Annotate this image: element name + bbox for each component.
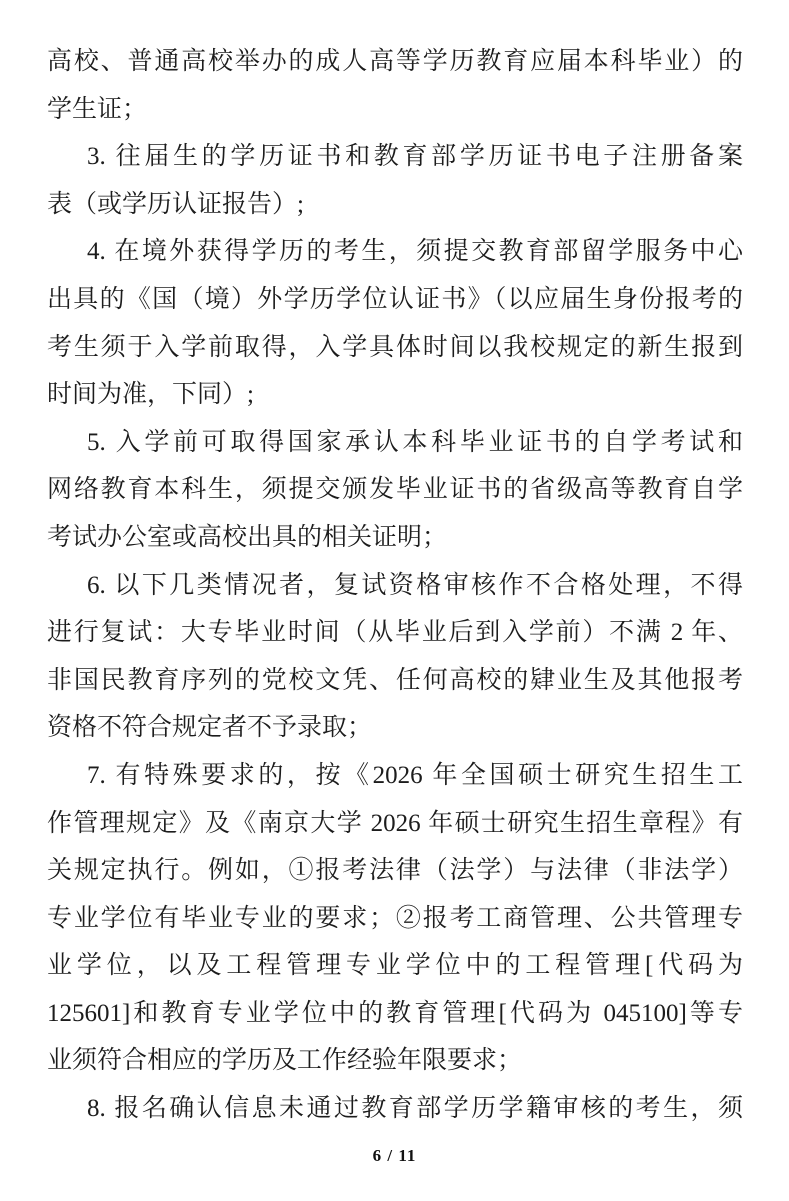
text-line: 6. 以下几类情况者，复试资格审核作不合格处理，不得 (47, 562, 743, 610)
paragraph: 高校、普通高校举办的成人高等学历教育应届本科毕业）的学生证； (47, 38, 743, 133)
text-line: 网络教育本科生，须提交颁发毕业证书的省级高等教育自学 (47, 466, 743, 514)
text-line: 高校、普通高校举办的成人高等学历教育应届本科毕业）的 (47, 38, 743, 86)
text-line: 业须符合相应的学历及工作经验年限要求； (47, 1037, 743, 1085)
paragraph: 7. 有特殊要求的，按《2026 年全国硕士研究生招生工作管理规定》及《南京大学… (47, 752, 743, 1085)
text-line: 4. 在境外获得学历的考生，须提交教育部留学服务中心 (47, 228, 743, 276)
text-line: 表（或学历认证报告）; (47, 181, 743, 229)
text-line: 5. 入学前可取得国家承认本科毕业证书的自学考试和 (47, 419, 743, 467)
text-line: 时间为准，下同）; (47, 371, 743, 419)
paragraph: 8. 报名确认信息未通过教育部学历学籍审核的考生，须 (47, 1085, 743, 1133)
text-line: 考试办公室或高校出具的相关证明； (47, 514, 743, 562)
paragraph: 4. 在境外获得学历的考生，须提交教育部留学服务中心出具的《国（境）外学历学位认… (47, 228, 743, 418)
text-line: 作管理规定》及《南京大学 2026 年硕士研究生招生章程》有 (47, 800, 743, 848)
text-line: 进行复试：大专毕业时间（从毕业后到入学前）不满 2 年、 (47, 609, 743, 657)
text-line: 3. 往届生的学历证书和教育部学历证书电子注册备案 (47, 133, 743, 181)
text-line: 资格不符合规定者不予录取； (47, 704, 743, 752)
text-line: 8. 报名确认信息未通过教育部学历学籍审核的考生，须 (47, 1085, 743, 1133)
text-line: 关规定执行。例如，①报考法律（法学）与法律（非法学） (47, 847, 743, 895)
text-line: 考生须于入学前取得，入学具体时间以我校规定的新生报到 (47, 324, 743, 372)
document-page: 高校、普通高校举办的成人高等学历教育应届本科毕业）的学生证；3. 往届生的学历证… (0, 0, 789, 1201)
text-line: 7. 有特殊要求的，按《2026 年全国硕士研究生招生工 (47, 752, 743, 800)
text-line: 学生证； (47, 86, 743, 134)
paragraph: 5. 入学前可取得国家承认本科毕业证书的自学考试和网络教育本科生，须提交颁发毕业… (47, 419, 743, 562)
text-line: 业学位，以及工程管理专业学位中的工程管理[代码为 (47, 942, 743, 990)
page-footer: 6 / 11 (0, 1145, 789, 1167)
text-line: 125601]和教育专业学位中的教育管理[代码为 045100]等专 (47, 990, 743, 1038)
paragraph: 6. 以下几类情况者，复试资格审核作不合格处理，不得进行复试：大专毕业时间（从毕… (47, 562, 743, 752)
text-line: 专业学位有毕业专业的要求；②报考工商管理、公共管理专 (47, 895, 743, 943)
document-text: 高校、普通高校举办的成人高等学历教育应届本科毕业）的学生证；3. 往届生的学历证… (47, 38, 743, 1133)
text-line: 非国民教育序列的党校文凭、任何高校的肄业生及其他报考 (47, 657, 743, 705)
text-line: 出具的《国（境）外学历学位认证书》（以应届生身份报考的 (47, 276, 743, 324)
page-number: 6 / 11 (373, 1146, 417, 1165)
paragraph: 3. 往届生的学历证书和教育部学历证书电子注册备案表（或学历认证报告）; (47, 133, 743, 228)
